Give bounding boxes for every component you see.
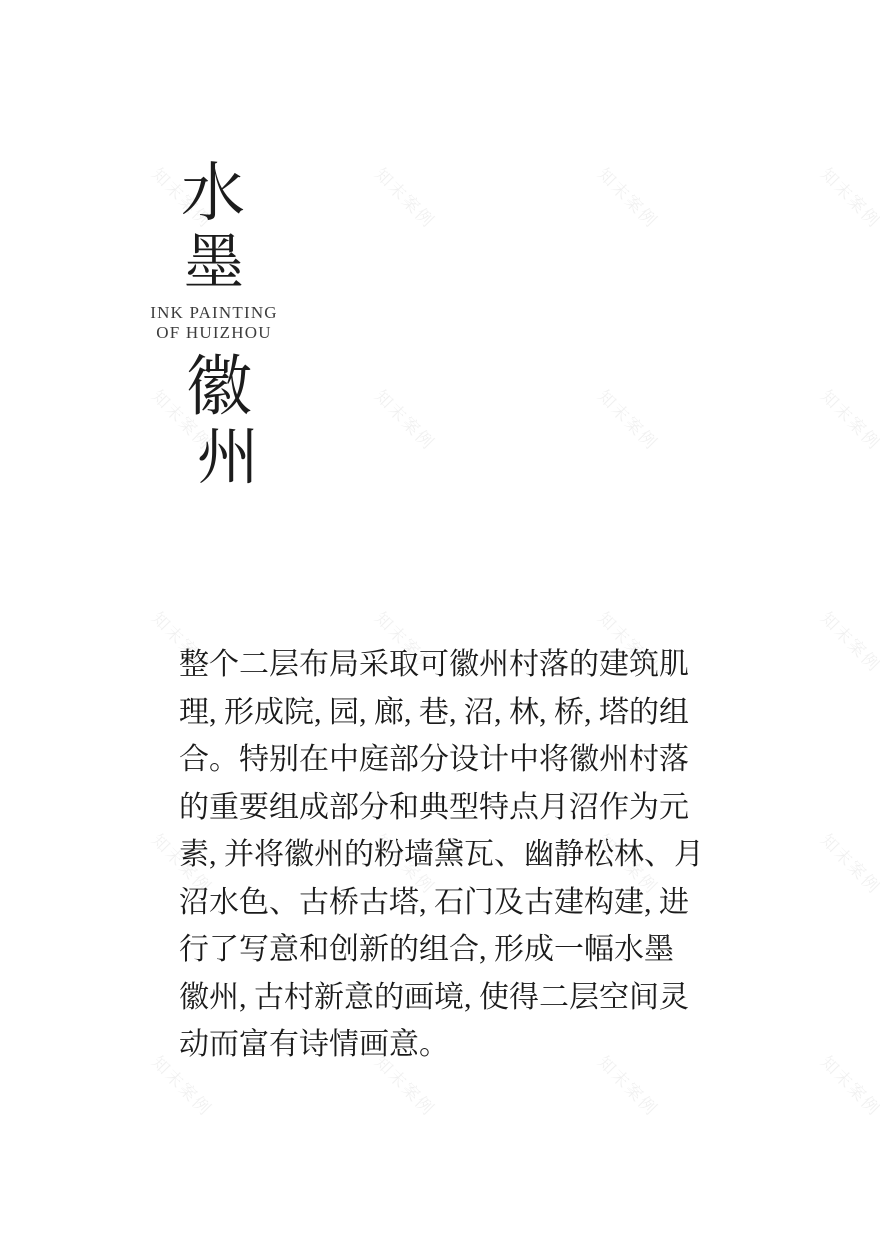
paragraph-line: 徽州, 古村新意的画境, 使得二层空间灵 xyxy=(179,974,695,1022)
english-subtitle-line2: OF HUIZHOU xyxy=(150,323,278,343)
document-page: 知末案例知末案例知末案例知末案例知末案例知末案例知末案例知末案例知末案例知末案例… xyxy=(0,0,880,1238)
watermark-text: 知末案例 xyxy=(816,383,880,454)
paragraph-line: 动而富有诗情画意。 xyxy=(179,1021,695,1069)
watermark-text: 知末案例 xyxy=(816,605,880,676)
paragraph-line: 整个二层布局采取可徽州村落的建筑肌 xyxy=(179,641,695,689)
watermark-text: 知末案例 xyxy=(816,161,880,232)
calligraphy-char-mo: 墨 xyxy=(184,233,244,293)
paragraph-line: 沼水色、古桥古塔, 石门及古建构建, 进 xyxy=(179,879,695,927)
watermark-text: 知末案例 xyxy=(370,383,441,454)
paragraph-line: 的重要组成部分和典型特点月沼作为元 xyxy=(179,784,695,832)
watermark-text: 知末案例 xyxy=(816,827,880,898)
body-paragraph: 整个二层布局采取可徽州村落的建筑肌 理, 形成院, 园, 廊, 巷, 沼, 林,… xyxy=(179,641,695,1069)
calligraphy-char-zhou: 州 xyxy=(197,427,259,489)
english-subtitle: INK PAINTING OF HUIZHOU xyxy=(150,303,278,343)
calligraphy-char-hui: 徽 xyxy=(186,355,252,421)
paragraph-line: 理, 形成院, 园, 廊, 巷, 沼, 林, 桥, 塔的组 xyxy=(179,689,695,737)
paragraph-line: 素, 并将徽州的粉墙黛瓦、幽静松林、月 xyxy=(179,831,695,879)
paragraph-line: 行了写意和创新的组合, 形成一幅水墨 xyxy=(179,926,695,974)
english-subtitle-line1: INK PAINTING xyxy=(150,303,278,323)
watermark-text: 知末案例 xyxy=(593,383,664,454)
watermark-text: 知末案例 xyxy=(816,1049,880,1120)
watermark-text: 知末案例 xyxy=(593,161,664,232)
watermark-text: 知末案例 xyxy=(370,161,441,232)
paragraph-line: 合。特别在中庭部分设计中将徽州村落 xyxy=(179,736,695,784)
calligraphy-char-shui: 水 xyxy=(181,162,245,226)
